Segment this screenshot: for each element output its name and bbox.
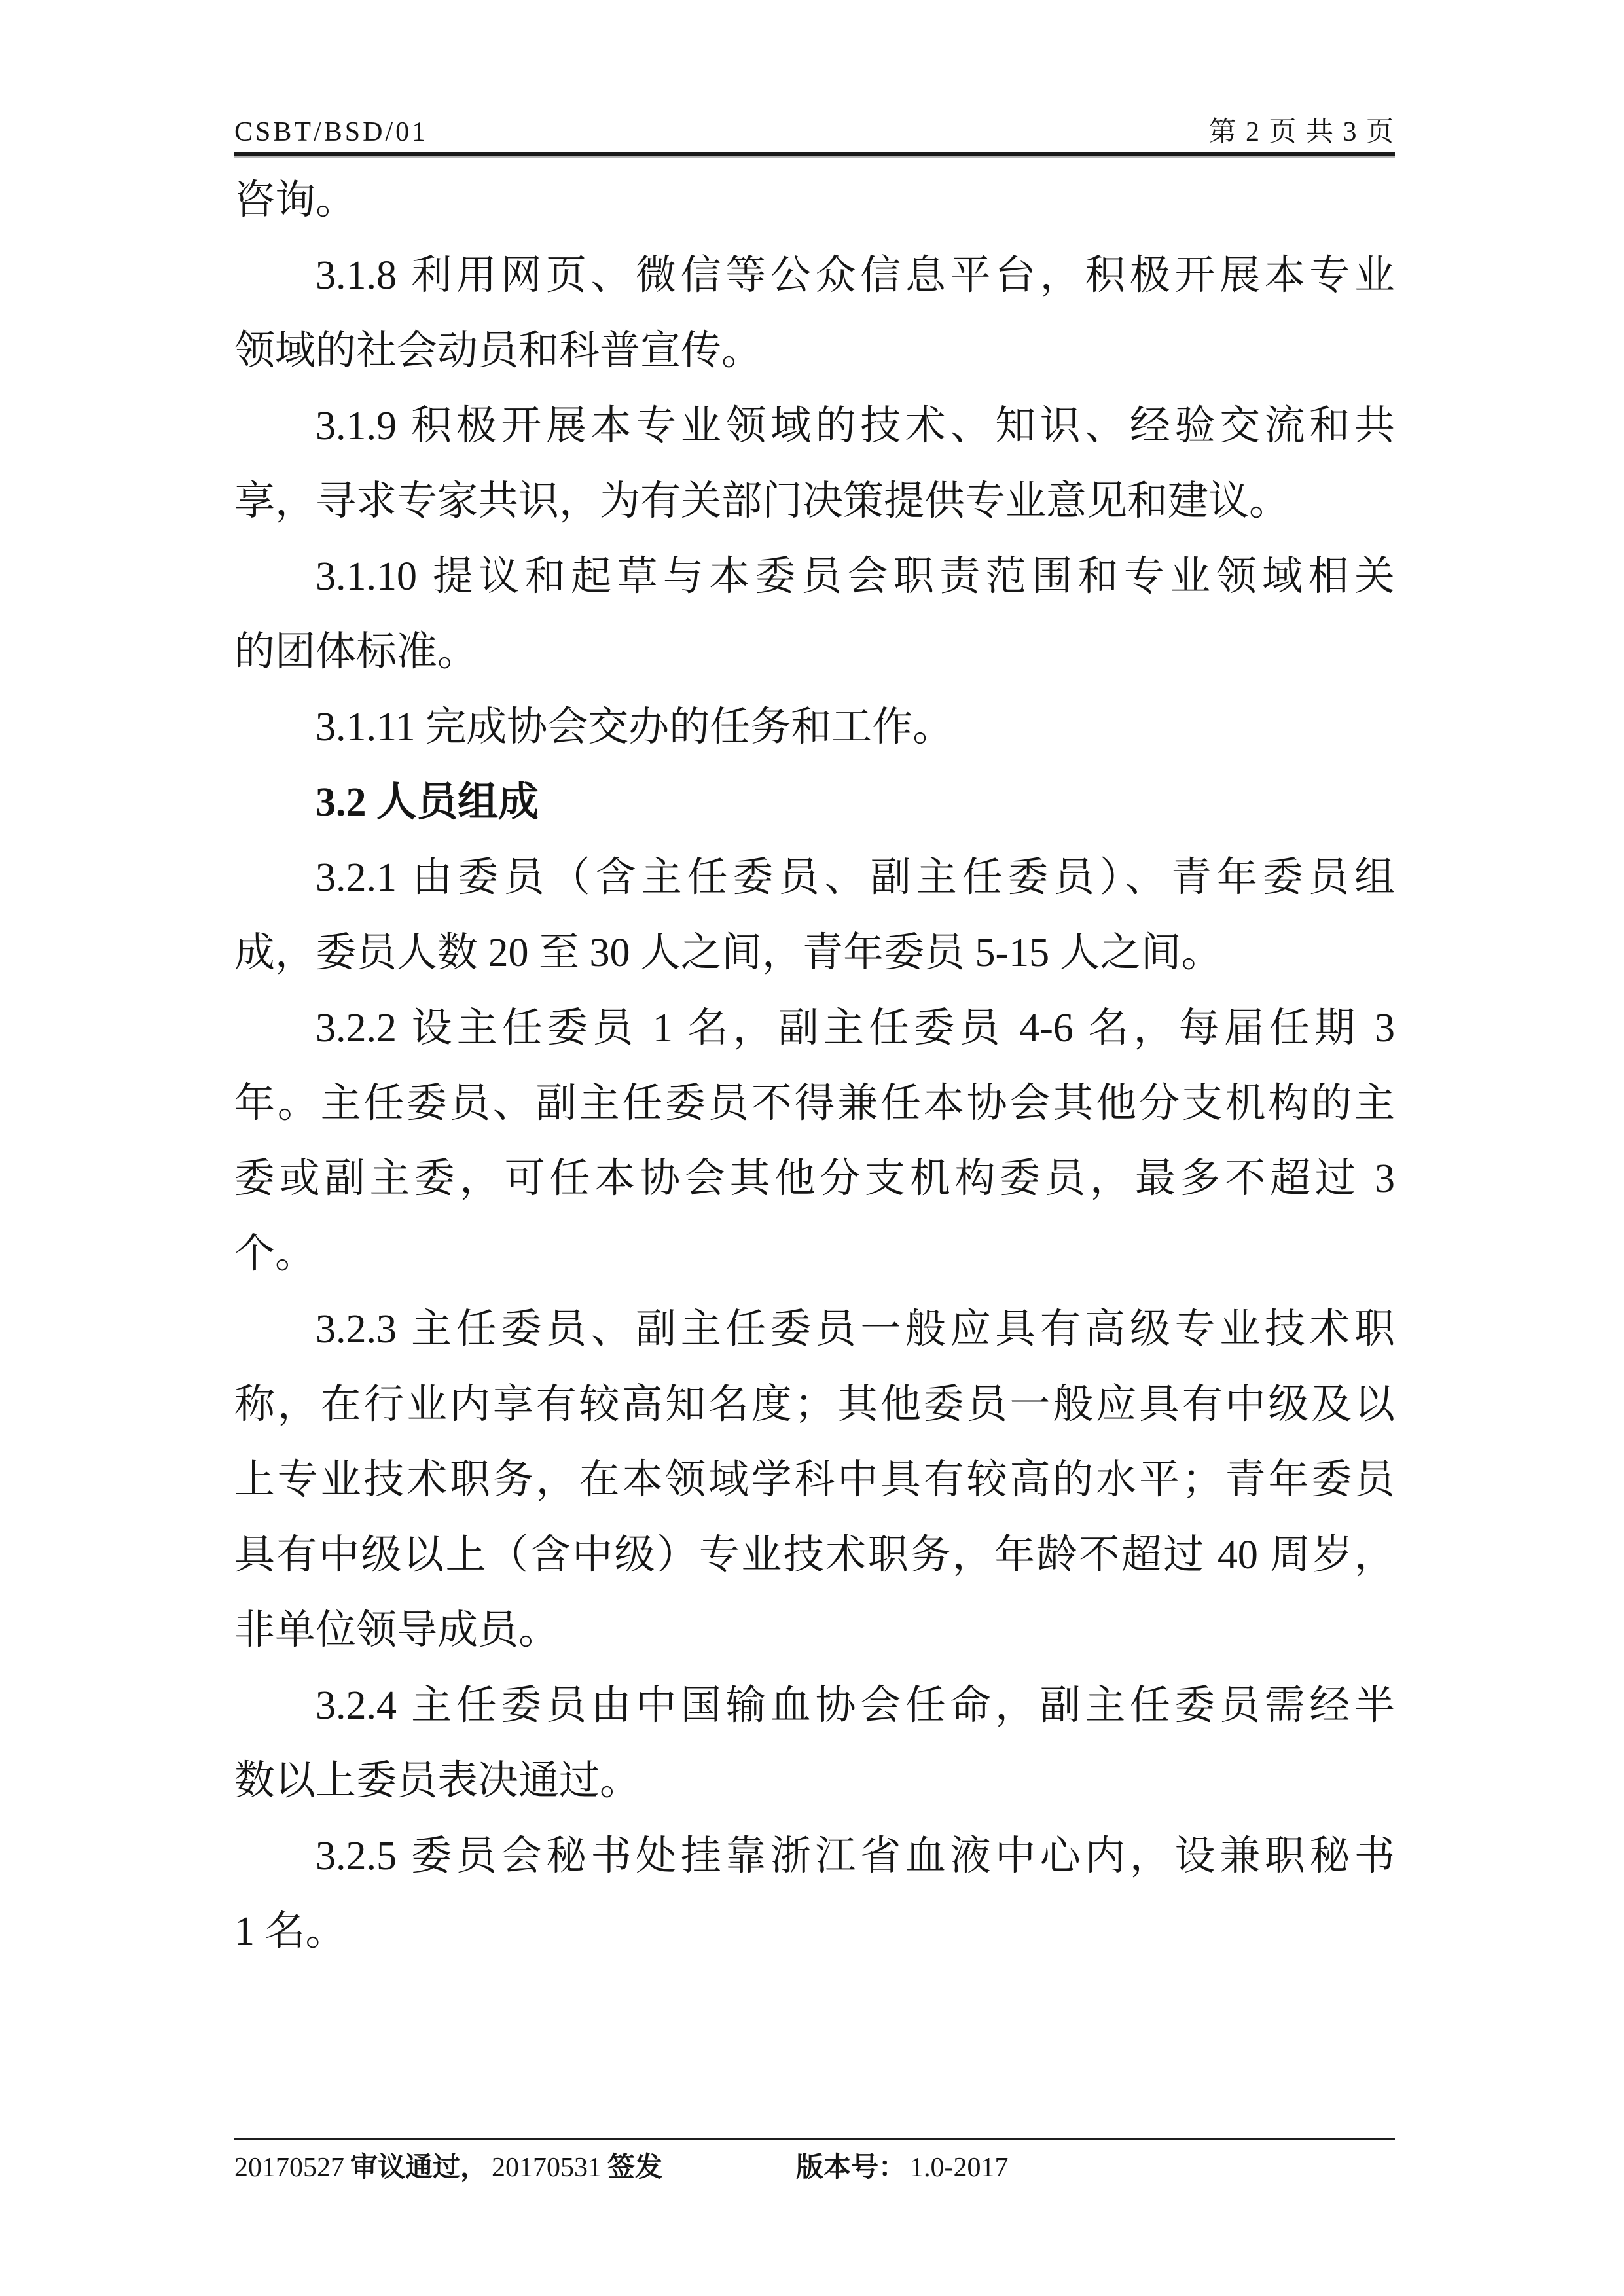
- doc-code: CSBT/BSD/01: [234, 117, 428, 148]
- version-value: 1.0-2017: [910, 2153, 1009, 2183]
- body-line: 年。主任委员、副主任委员不得兼任本协会其他分支机构的主: [234, 1066, 1395, 1141]
- body-line: 3.1.11 完成协会交办的任务和工作。: [234, 690, 1395, 765]
- document-body: 咨询。3.1.8 利用网页、微信等公众信息平台，积极开展本专业领域的社会动员和科…: [234, 163, 1395, 1969]
- body-line: 领域的社会动员和科普宣传。: [234, 314, 1395, 389]
- body-line: 3.2.3 主任委员、副主任委员一般应具有高级专业技术职: [234, 1292, 1395, 1367]
- approval-label: 审议通过，: [350, 2153, 488, 2183]
- document-page: CSBT/BSD/01 第 2 页 共 3 页 咨询。3.1.8 利用网页、微信…: [0, 0, 1624, 2296]
- body-line: 3.2.4 主任委员由中国输血协会任命，副主任委员需经半: [234, 1668, 1395, 1744]
- body-line: 非单位领导成员。: [234, 1593, 1395, 1668]
- header-rule: [234, 152, 1395, 156]
- body-line: 3.2.2 设主任委员 1 名，副主任委员 4-6 名，每届任期 3: [234, 991, 1395, 1066]
- page-header: CSBT/BSD/01 第 2 页 共 3 页: [234, 117, 1395, 148]
- page-footer: 20170527审议通过，20170531签发 版本号：1.0-2017: [234, 2151, 1395, 2185]
- body-line: 个。: [234, 1217, 1395, 1292]
- version-label: 版本号：: [796, 2153, 906, 2183]
- body-line: 3.2 人员组成: [234, 765, 1395, 840]
- footer-approval: 20170527审议通过，20170531签发: [234, 2153, 662, 2183]
- body-line: 3.2.5 委员会秘书处挂靠浙江省血液中心内，设兼职秘书: [234, 1819, 1395, 1894]
- body-line: 3.1.8 利用网页、微信等公众信息平台，积极开展本专业: [234, 238, 1395, 314]
- issue-date: 20170531: [492, 2153, 602, 2183]
- body-line: 3.1.9 积极开展本专业领域的技术、知识、经验交流和共: [234, 389, 1395, 464]
- body-line: 委或副主委，可任本协会其他分支机构委员，最多不超过 3: [234, 1141, 1395, 1217]
- approval-date: 20170527: [234, 2153, 344, 2183]
- body-line: 咨询。: [234, 163, 1395, 238]
- page-number: 第 2 页 共 3 页: [1208, 117, 1395, 148]
- body-line: 上专业技术职务，在本领域学科中具有较高的水平；青年委员: [234, 1443, 1395, 1518]
- body-line: 3.1.10 提议和起草与本委员会职责范围和专业领域相关: [234, 539, 1395, 615]
- body-line: 称，在行业内享有较高知名度；其他委员一般应具有中级及以: [234, 1367, 1395, 1443]
- body-line: 数以上委员表决通过。: [234, 1744, 1395, 1819]
- body-line: 的团体标准。: [234, 615, 1395, 690]
- issue-label: 签发: [607, 2153, 662, 2183]
- body-line: 1 名。: [234, 1894, 1395, 1969]
- body-line: 成，委员人数 20 至 30 人之间，青年委员 5-15 人之间。: [234, 916, 1395, 991]
- body-line: 享，寻求专家共识，为有关部门决策提供专业意见和建议。: [234, 464, 1395, 539]
- body-line: 3.2.1 由委员（含主任委员、副主任委员）、青年委员组: [234, 840, 1395, 916]
- body-line: 具有中级以上（含中级）专业技术职务，年龄不超过 40 周岁，: [234, 1518, 1395, 1593]
- footer-version: 版本号：1.0-2017: [796, 2151, 1009, 2185]
- footer-rule: [234, 2138, 1395, 2140]
